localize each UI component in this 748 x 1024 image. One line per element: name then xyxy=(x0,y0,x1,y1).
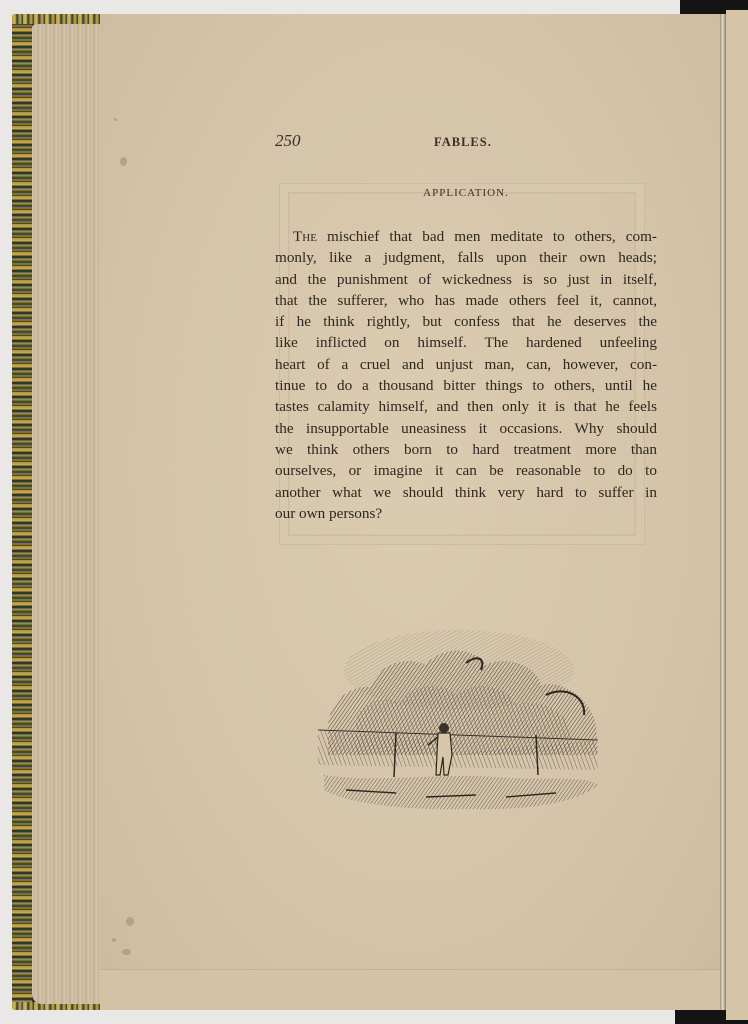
text-line: that the sufferer, who has made others f… xyxy=(275,290,657,311)
text-line: ourselves, or imagine it can be reasonab… xyxy=(275,460,657,481)
foxing-spot xyxy=(122,949,131,955)
page-bottom-edge xyxy=(100,969,722,1010)
text-line: another what we should think very hard t… xyxy=(275,482,657,503)
text-line: and the punishment of wickedness is so j… xyxy=(275,269,657,290)
text-line: heart of a cruel and unjust man, can, ho… xyxy=(275,354,657,375)
text-line: monly, like a judgment, falls upon their… xyxy=(275,247,657,268)
foxing-spot xyxy=(126,917,134,926)
page-number: 250 xyxy=(275,131,301,151)
text-line: tastes calamity himself, and then only i… xyxy=(275,396,657,417)
section-title: APPLICATION. xyxy=(275,187,657,199)
text-line: if he think rightly, but confess that he… xyxy=(275,311,657,332)
foxing-spot xyxy=(120,157,127,166)
facing-page-edge: uractsvlrvlcbti xyxy=(726,10,748,1020)
running-head-title: FABLES. xyxy=(434,135,492,150)
engraving-illustration xyxy=(316,625,602,811)
text-line: the insupportable uneasiness it occasion… xyxy=(275,418,657,439)
foxing-spot xyxy=(114,118,117,121)
lead-word: The xyxy=(293,228,317,245)
foxing-spot xyxy=(112,938,116,942)
line-text: mischief that bad men meditate to others… xyxy=(317,228,657,245)
engraving-man-with-net-icon xyxy=(316,625,602,811)
body-text: The mischief that bad men meditate to ot… xyxy=(275,226,657,524)
gilt-top-decoration xyxy=(12,14,110,24)
text-line: tinue to do a thousand bitter things to … xyxy=(275,375,657,396)
text-line: like inflicted on himself. The hardened … xyxy=(275,332,657,353)
text-line: The mischief that bad men meditate to ot… xyxy=(275,226,657,247)
text-line: we think others born to hard treatment m… xyxy=(275,439,657,460)
running-head: 250 FABLES. xyxy=(275,131,655,151)
text-line: our own persons? xyxy=(275,503,657,524)
gilt-border-decoration xyxy=(12,14,32,1010)
